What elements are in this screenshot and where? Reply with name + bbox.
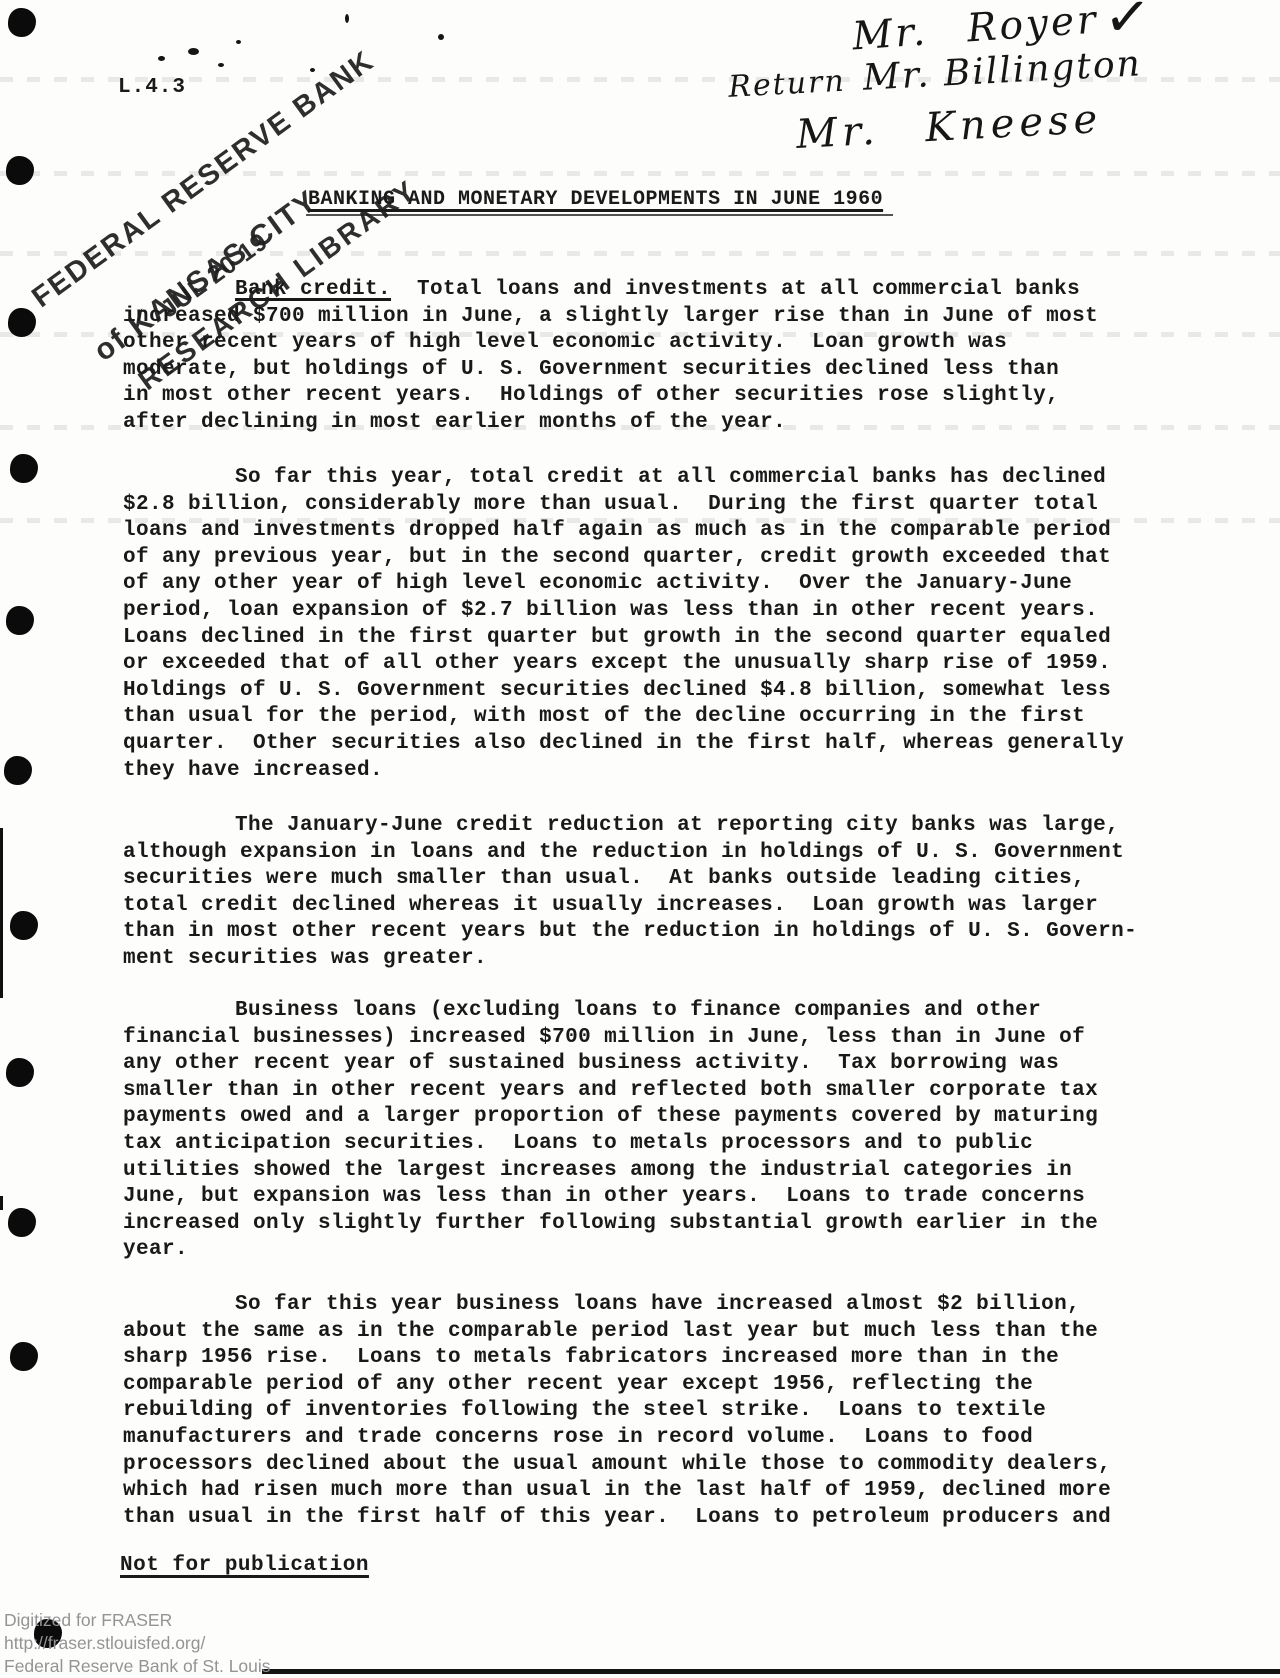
typed-paragraph: So far this year, total credit at all co… — [123, 465, 1175, 784]
checkmark-icon: ✓ — [1104, 16, 1154, 19]
hole-punch-mark — [6, 156, 34, 185]
hole-punch-mark — [10, 1342, 38, 1371]
hole-punch-mark — [8, 1208, 36, 1237]
hole-punch-mark — [6, 606, 34, 635]
typed-paragraph: So far this year business loans have inc… — [123, 1292, 1175, 1531]
handwritten-return-note: Return — [727, 64, 846, 105]
typed-paragraph: The January-June credit reduction at rep… — [123, 813, 1175, 973]
hole-punch-mark — [6, 1058, 34, 1087]
hole-punch-mark — [10, 454, 38, 483]
scan-edge-mark — [0, 1196, 3, 1210]
hole-punch-mark — [8, 8, 36, 37]
typed-paragraph: Business loans (excluding loans to finan… — [123, 998, 1175, 1264]
hole-punch-mark — [4, 756, 32, 785]
scanned-document-page: L.4.3 Mr. Royer✓ Return Mr. Billington M… — [0, 0, 1280, 1678]
scan-edge-mark — [0, 828, 3, 998]
hole-punch-mark — [10, 911, 38, 940]
body-paragraphs: Bank credit. Total loans and investments… — [123, 0, 1175, 1678]
